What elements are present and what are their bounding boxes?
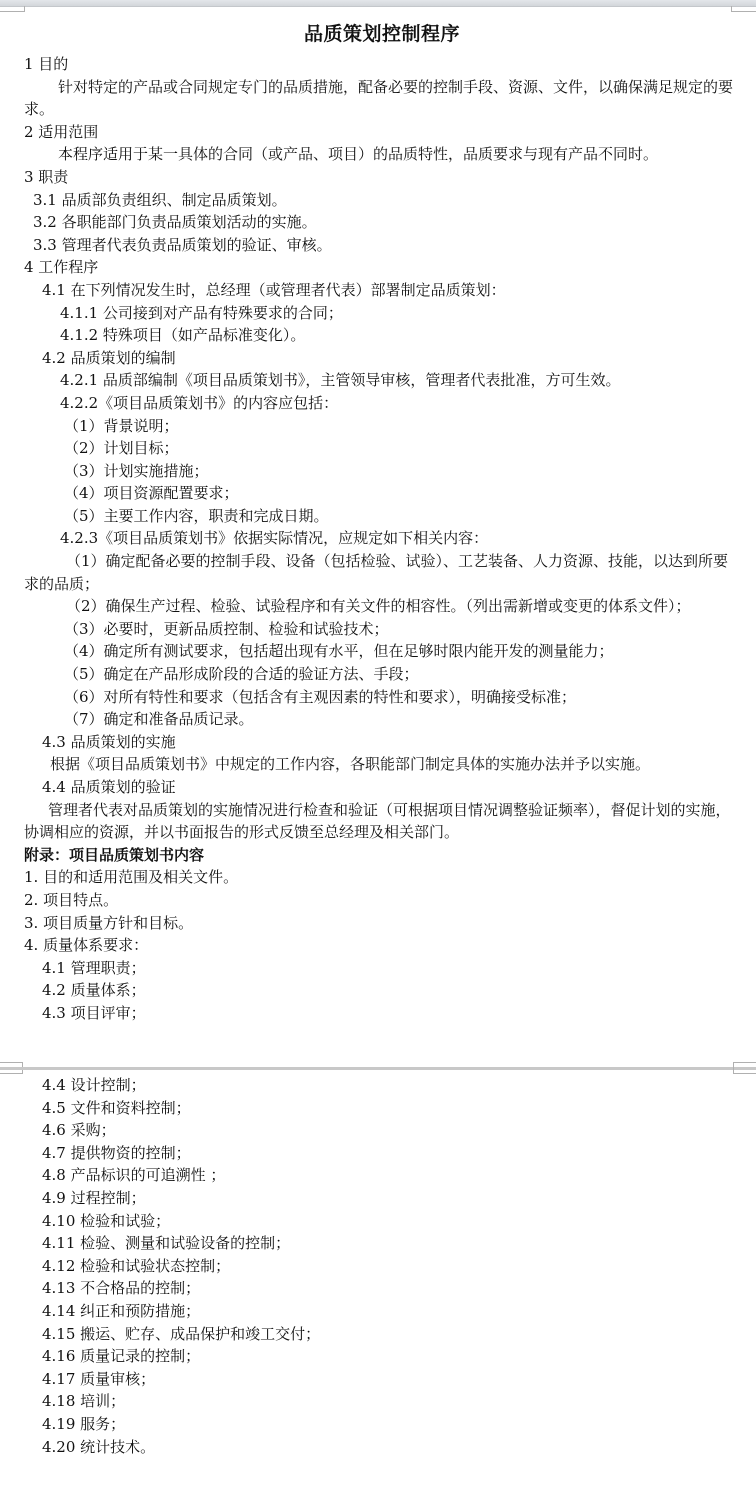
appendix-sub-item: 4.9 过程控制； <box>42 1187 740 1210</box>
section-4-heading: 4 工作程序 <box>24 256 740 279</box>
appendix-sub-item: 4.12 检验和试验状态控制； <box>42 1255 740 1278</box>
section-4-2-2-item: （1）背景说明； <box>24 415 740 438</box>
appendix-sub-item: 4.7 提供物资的控制； <box>42 1142 740 1165</box>
appendix-sub-item: 4.2 质量体系； <box>24 979 740 1002</box>
section-4-1-item: 4.1.2 特殊项目（如产品标准变化）。 <box>24 324 740 347</box>
appendix-sub-item: 4.10 检验和试验； <box>42 1210 740 1233</box>
page-break-divider <box>0 1067 756 1070</box>
section-4-2-2-heading: 4.2.2《项目品质策划书》的内容应包括： <box>24 392 740 415</box>
appendix-sub-item: 4.20 统计技术。 <box>42 1436 740 1459</box>
appendix-sub-item: 4.8 产品标识的可追溯性 ； <box>42 1164 740 1187</box>
appendix-sub-item: 4.1 管理职责； <box>24 957 740 980</box>
section-4-1-item: 4.1.1 公司接到对产品有特殊要求的合同； <box>24 302 740 325</box>
page-corner-mark-top-left <box>0 6 25 12</box>
appendix-heading: 附录：项目品质策划书内容 <box>24 844 740 867</box>
appendix-sub-item: 4.6 采购； <box>42 1119 740 1142</box>
appendix-item: 2. 项目特点。 <box>24 889 740 912</box>
section-4-2-1: 4.2.1 品质部编制《项目品质策划书》，主管领导审核，管理者代表批准，方可生效… <box>24 369 740 392</box>
appendix-sub-item: 4.18 培训； <box>42 1390 740 1413</box>
appendix-sub-item: 4.4 设计控制； <box>42 1074 740 1097</box>
appendix-sub-item: 4.17 质量审核； <box>42 1368 740 1391</box>
section-4-4-heading: 4.4 品质策划的验证 <box>24 776 740 799</box>
appendix-sub-item: 4.14 纠正和预防措施； <box>42 1300 740 1323</box>
page-corner-mark-top-right <box>731 6 756 12</box>
section-2-body: 本程序适用于某一具体的合同（或产品、项目）的品质特性，品质要求与现有产品不同时。 <box>24 143 740 166</box>
section-4-2-3-item: （3）必要时，更新品质控制、检验和试验技术； <box>24 618 740 641</box>
appendix-item: 1. 目的和适用范围及相关文件。 <box>24 866 740 889</box>
section-4-2-3-item: （6）对所有特性和要求（包括含有主观因素的特性和要求），明确接受标准； <box>24 686 740 709</box>
section-3-item: 3.1 品质部负责组织、制定品质策划。 <box>24 189 740 212</box>
appendix-sub-item: 4.19 服务； <box>42 1413 740 1436</box>
section-4-2-3-item: （4）确定所有测试要求，包括超出现有水平，但在足够时限内能开发的测量能力； <box>24 640 740 663</box>
section-4-2-2-item: （5）主要工作内容，职责和完成日期。 <box>24 505 740 528</box>
appendix-sub-item: 4.3 项目评审； <box>24 1002 740 1025</box>
section-4-1-heading: 4.1 在下列情况发生时，总经理（或管理者代表）部署制定品质策划： <box>24 279 740 302</box>
section-4-2-2-item: （3）计划实施措施； <box>24 460 740 483</box>
section-1-heading: 1 目的 <box>24 53 740 76</box>
section-2-heading: 2 适用范围 <box>24 121 740 144</box>
section-3-item: 3.2 各职能部门负责品质策划活动的实施。 <box>24 211 740 234</box>
document-page-1: 品质策划控制程序 1 目的 针对特定的产品或合同规定专门的品质措施，配备必要的控… <box>24 20 740 1025</box>
section-4-2-3-item: （7）确定和准备品质记录。 <box>24 708 740 731</box>
appendix-sub-item: 4.16 质量记录的控制； <box>42 1345 740 1368</box>
section-1-body: 针对特定的产品或合同规定专门的品质措施，配备必要的控制手段、资源、文件，以确保满… <box>24 76 740 121</box>
appendix-sub-item: 4.5 文件和资料控制； <box>42 1097 740 1120</box>
section-4-4-body: 管理者代表对品质策划的实施情况进行检查和验证（可根据项目情况调整验证频率），督促… <box>24 799 740 844</box>
section-4-2-2-item: （4）项目资源配置要求； <box>24 482 740 505</box>
window-top-bar <box>0 0 756 7</box>
section-4-2-3-item: （1）确定配备必要的控制手段、设备（包括检验、试验）、工艺装备、人力资源、技能，… <box>24 550 740 595</box>
section-4-2-3-item: （5）确定在产品形成阶段的合适的验证方法、手段； <box>24 663 740 686</box>
document-title: 品质策划控制程序 <box>24 20 740 48</box>
page-break-mark-right <box>733 1062 756 1074</box>
section-3-item: 3.3 管理者代表负责品质策划的验证、审核。 <box>24 234 740 257</box>
section-4-3-body: 根据《项目品质策划书》中规定的工作内容，各职能部门制定具体的实施办法并予以实施。 <box>24 753 740 776</box>
section-4-2-3-item: （2）确保生产过程、检验、试验程序和有关文件的相容性。（列出需新增或变更的体系文… <box>24 595 740 618</box>
section-4-3-heading: 4.3 品质策划的实施 <box>24 731 740 754</box>
appendix-sub-list-continued: 4.4 设计控制； 4.5 文件和资料控制； 4.6 采购； 4.7 提供物资的… <box>24 1074 740 1458</box>
appendix-item: 3. 项目质量方针和目标。 <box>24 912 740 935</box>
appendix-sub-item: 4.15 搬运、贮存、成品保护和竣工交付； <box>42 1323 740 1346</box>
appendix-item: 4. 质量体系要求： <box>24 934 740 957</box>
section-3-heading: 3 职责 <box>24 166 740 189</box>
appendix-sub-item: 4.11 检验、测量和试验设备的控制； <box>42 1232 740 1255</box>
document-page-2: 4.4 设计控制； 4.5 文件和资料控制； 4.6 采购； 4.7 提供物资的… <box>24 1074 740 1458</box>
section-4-2-3-heading: 4.2.3《项目品质策划书》依据实际情况，应规定如下相关内容： <box>24 527 740 550</box>
section-4-2-heading: 4.2 品质策划的编制 <box>24 347 740 370</box>
appendix-sub-item: 4.13 不合格品的控制； <box>42 1277 740 1300</box>
section-4-2-2-item: （2）计划目标； <box>24 437 740 460</box>
